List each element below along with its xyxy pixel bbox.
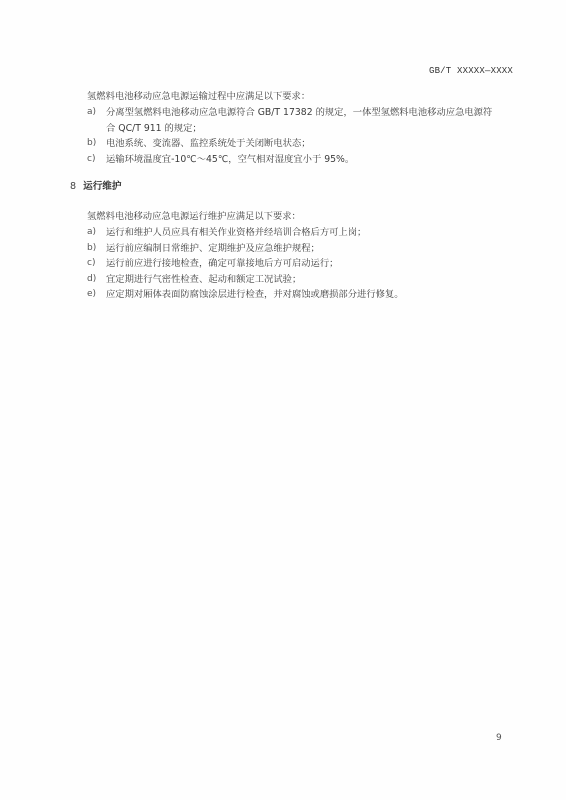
list-item: a) 分离型氢燃料电池移动应急电源符合 GB/T 17382 的规定，一体型氢燃… bbox=[87, 105, 492, 136]
list-item: a) 运行和维护人员应具有相关作业资格并经培训合格后方可上岗； bbox=[87, 225, 404, 241]
section-number: 8 bbox=[70, 181, 76, 192]
list-item: d) 宜定期进行气密性检查、起动和额定工况试验； bbox=[87, 272, 404, 288]
list-item-label: b) bbox=[87, 241, 96, 257]
document-page: GB/T XXXXX—XXXX 氢燃料电池移动应急电源运输过程中应满足以下要求：… bbox=[0, 0, 566, 800]
maintenance-requirements-list: a) 运行和维护人员应具有相关作业资格并经培训合格后方可上岗； b) 运行前应编… bbox=[87, 225, 404, 303]
list-item-text: 电池系统、变流器、监控系统处于关闭断电状态； bbox=[106, 136, 492, 152]
list-item-label: e) bbox=[87, 287, 96, 303]
list-item: c) 运行前应进行接地检查，确定可靠接地后方可启动运行； bbox=[87, 256, 404, 272]
document-code-header: GB/T XXXXX—XXXX bbox=[429, 66, 513, 76]
transport-intro: 氢燃料电池移动应急电源运输过程中应满足以下要求： bbox=[87, 89, 310, 105]
list-item-text: 宜定期进行气密性检查、起动和额定工况试验； bbox=[106, 272, 404, 288]
section-title: 运行维护 bbox=[83, 181, 121, 192]
list-item-text: 分离型氢燃料电池移动应急电源符合 GB/T 17382 的规定，一体型氢燃料电池… bbox=[106, 105, 492, 121]
list-item-label: c) bbox=[87, 256, 95, 272]
list-item-text: 运行前应进行接地检查，确定可靠接地后方可启动运行； bbox=[106, 256, 404, 272]
list-item-text: 运行前应编制日常维护、定期维护及应急维护规程； bbox=[106, 241, 404, 257]
list-item-label: a) bbox=[87, 225, 96, 241]
section-heading: 8运行维护 bbox=[70, 178, 121, 192]
page-number: 9 bbox=[496, 733, 502, 743]
list-item: b) 运行前应编制日常维护、定期维护及应急维护规程； bbox=[87, 241, 404, 257]
list-item: b) 电池系统、变流器、监控系统处于关闭断电状态； bbox=[87, 136, 492, 152]
list-item-label: c) bbox=[87, 152, 95, 168]
list-item-text: 运输环境温度宜-10℃～45℃，空气相对湿度宜小于 95%。 bbox=[106, 152, 492, 168]
maintenance-intro: 氢燃料电池移动应急电源运行维护应满足以下要求： bbox=[87, 209, 301, 225]
list-item-text: 运行和维护人员应具有相关作业资格并经培训合格后方可上岗； bbox=[106, 225, 404, 241]
list-item-label: b) bbox=[87, 136, 96, 152]
list-item: e) 应定期对厢体表面防腐蚀涂层进行检查，并对腐蚀或磨损部分进行修复。 bbox=[87, 287, 404, 303]
list-item-label: a) bbox=[87, 105, 96, 121]
transport-requirements-list: a) 分离型氢燃料电池移动应急电源符合 GB/T 17382 的规定，一体型氢燃… bbox=[87, 105, 492, 167]
list-item: c) 运输环境温度宜-10℃～45℃，空气相对湿度宜小于 95%。 bbox=[87, 152, 492, 168]
list-item-label: d) bbox=[87, 272, 96, 288]
list-item-text: 应定期对厢体表面防腐蚀涂层进行检查，并对腐蚀或磨损部分进行修复。 bbox=[106, 287, 404, 303]
list-item-continuation: 合 QC/T 911 的规定； bbox=[106, 121, 492, 137]
